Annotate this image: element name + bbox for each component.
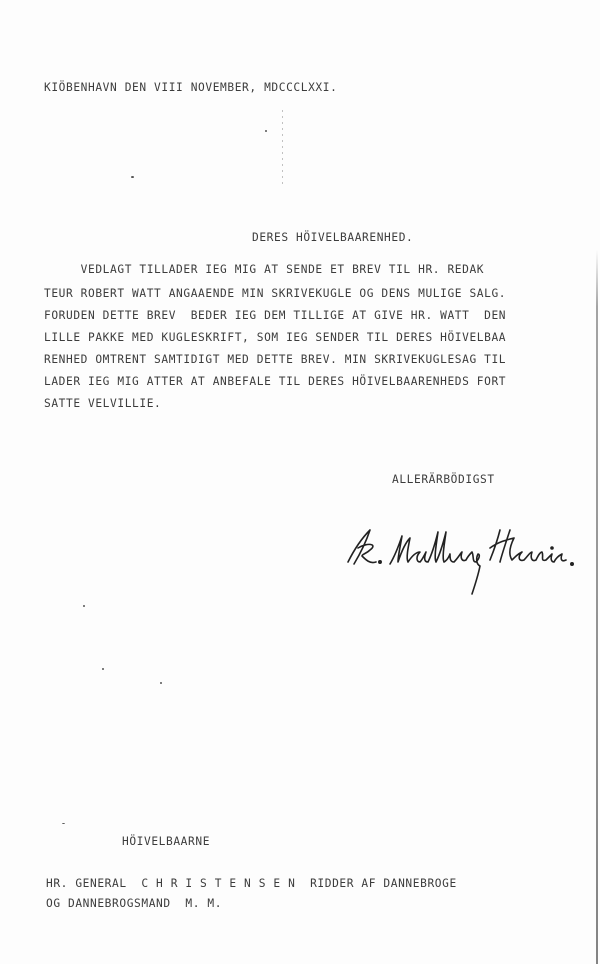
body-line: LADER IEG MIG ATTER AT ANBEFALE TIL DERE… [44, 376, 506, 387]
scan-speck [102, 668, 104, 670]
scan-speck [83, 605, 85, 607]
body-line: VEDLAGT TILLADER IEG MIG AT SENDE ET BRE… [44, 264, 484, 275]
letter-page: KIÖBENHAVN DEN VIII NOVEMBER, MDCCCLXXI.… [0, 0, 600, 964]
body-line: SATTE VELVILLIE. [44, 398, 161, 409]
body-line: LILLE PAKKE MED KUGLESKRIFT, SOM IEG SEN… [44, 332, 506, 343]
body-line: TEUR ROBERT WATT ANGAAENDE MIN SKRIVEKUG… [44, 288, 506, 299]
letter-body: VEDLAGT TILLADER IEG MIG AT SENDE ET BRE… [44, 264, 73, 365]
salutation: DERES HÖIVELBAARENHED. [252, 232, 413, 243]
dateline: KIÖBENHAVN DEN VIII NOVEMBER, MDCCCLXXI. [44, 82, 337, 93]
addressee-title: HÖIVELBAARNE [122, 836, 210, 847]
scan-speck [160, 682, 162, 684]
scan-speck [62, 823, 65, 824]
body-line: RENHED OMTRENT SAMTIDIGT MED DETTE BREV.… [44, 354, 506, 365]
page-edge-shadow [596, 250, 598, 964]
addressee-line-2: OG DANNEBROGSMAND M. M. [46, 898, 222, 909]
scan-speck [131, 176, 134, 178]
addressee-line-1: HR. GENERAL C H R I S T E N S E N RIDDER… [46, 878, 457, 889]
closing: ALLERÄRBÖDIGST [392, 474, 495, 485]
scan-speck [265, 130, 267, 132]
body-line: FORUDEN DETTE BREV BEDER IEG DEM TILLIGE… [44, 310, 506, 321]
handwritten-signature [340, 520, 580, 600]
fold-mark [282, 110, 283, 185]
